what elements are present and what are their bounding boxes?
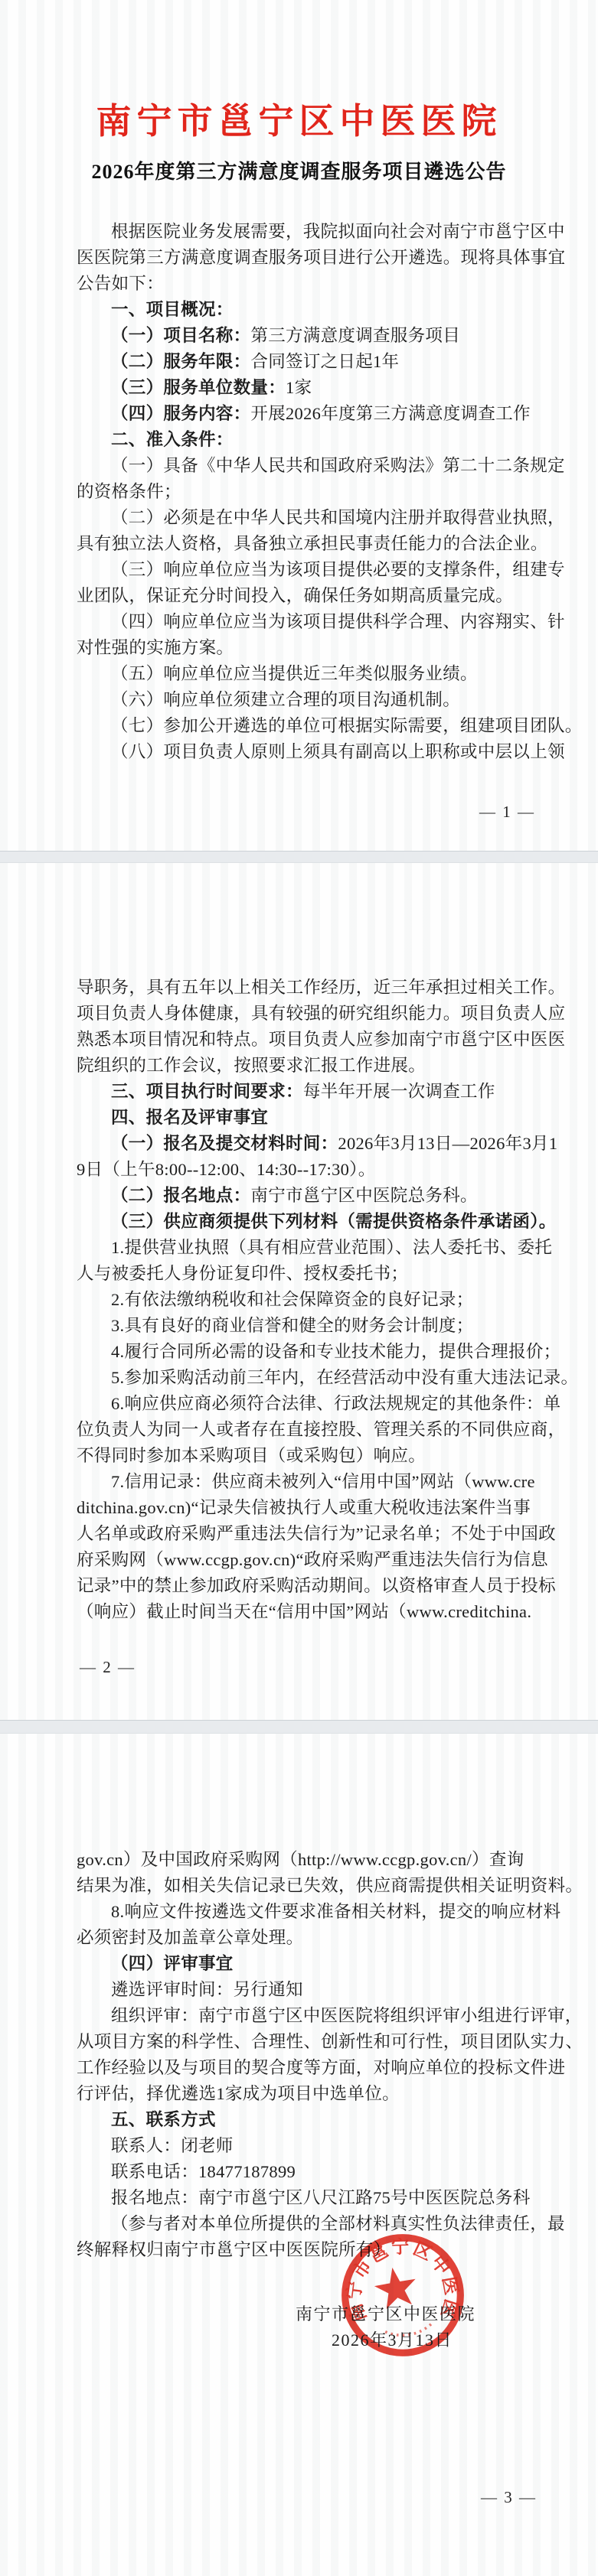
line-text: 项目负责人身体健康，具有较强的研究组织能力。项目负责人应 [77,1004,565,1023]
body-line: 3.具有良好的商业信誉和健全的财务会计制度； [0,1313,598,1339]
line-text: （二）必须是在中华人民共和国境内注册并取得营业执照， [111,508,565,527]
body-line: 医医院第三方满意度调查服务项目进行公开遴选。现将具体事宜 [0,245,598,271]
line-text: 医医院第三方满意度调查服务项目进行公开遴选。现将具体事宜 [77,248,565,267]
body-line: 导职务，具有五年以上相关工作经历，近三年承担过相关工作。 [0,975,598,1001]
line-text: 1.提供营业执照（具有相应营业范围）、法人委托书、委托 [111,1238,552,1257]
body-line: 8.响应文件按遴选文件要求准备相关材料，提交的响应材料 [0,1899,598,1925]
line-text: 每半年开展一次调查工作 [303,1082,495,1101]
body-line: 从项目方案的科学性、合理性、创新性和可行性，项目团队实力、 [0,2029,598,2055]
page-1-body: 根据医院业务发展需要，我院拟面向社会对南宁市邕宁区中 医医院第三方满意度调查服务… [0,219,598,765]
line-text: 不得同时参加本采购项目（或采购包）响应。 [77,1446,426,1465]
section-heading: 一、项目概况： [0,297,598,323]
line-text: 从项目方案的科学性、合理性、创新性和可行性，项目团队实力、 [77,2032,583,2051]
line-text: 根据医院业务发展需要，我院拟面向社会对南宁市邕宁区中 [111,222,565,241]
line-text: 院组织的工作会议，按照要求汇报工作进展。 [77,1056,426,1075]
line-text: 位负责人为同一人或者存在直接控股、管理关系的不同供应商， [77,1420,565,1439]
section-heading: （四）评审事宜 [0,1951,598,1977]
body-line: 院组织的工作会议，按照要求汇报工作进展。 [0,1053,598,1079]
body-line: 1.提供营业执照（具有相应营业范围）、法人委托书、委托 [0,1235,598,1261]
body-line: 公告如下： [0,271,598,297]
body-line: 行评估，择优遴选1家成为项目中选单位。 [0,2081,598,2107]
line-label: （三）供应商须提供下列材料（需提供资格条件承诺函）。 [111,1212,557,1231]
line-text: （一）具备《中华人民共和国政府采购法》第二十二条规定 [111,456,565,475]
body-line: （响应）截止时间当天在“信用中国”网站（www.creditchina. [0,1599,598,1625]
body-line: 7.信用记录：供应商未被列入“信用中国”网站（www.cre [0,1469,598,1495]
line-text: 的资格条件； [77,482,181,501]
line-text: 2026年3月13日—2026年3月1 [338,1134,557,1153]
line-text: 对性强的实施方案。 [77,638,234,657]
line-text: 4.履行合同所必需的设备和专业技术能力，提供合理报价； [111,1342,560,1361]
line-text: 7.信用记录：供应商未被列入“信用中国”网站（www.cre [111,1472,535,1491]
body-line: （一）项目名称：第三方满意度调查服务项目 [0,323,598,349]
page-number: — 1 — [0,799,598,825]
body-line: （八）项目负责人原则上须具有副高以上职称或中层以上领 [0,739,598,765]
body-line: 具有独立法人资格，具备独立承担民事责任能力的合法企业。 [0,531,598,557]
line-text: 3.具有良好的商业信誉和健全的财务会计制度； [111,1316,473,1335]
body-line: 5.参加采购活动前三年内，在经营活动中没有重大违法记录。 [0,1365,598,1391]
line-text: 府采购网（www.ccgp.gov.cn)“政府采购严重违法失信行为信息 [77,1550,548,1569]
hospital-title: 南宁市邕宁区中医医院 [0,101,598,142]
line-text: 报名地点：南宁市邕宁区八尺江路75号中医医院总务科 [111,2188,531,2207]
body-line: 对性强的实施方案。 [0,635,598,661]
line-text: 遴选评审时间：另行通知 [111,1980,303,1999]
line-label: 四、报名及评审事宜 [111,1108,268,1127]
line-label: （二）服务年限： [111,352,250,371]
line-text: 2.有依法缴纳税收和社会保障资金的良好记录； [111,1290,473,1309]
body-line: 报名地点：南宁市邕宁区八尺江路75号中医医院总务科 [0,2185,598,2211]
body-line: （三）供应商须提供下列材料（需提供资格条件承诺函）。 [0,1209,598,1235]
announcement-subtitle: 2026年度第三方满意度调查服务项目遴选公告 [0,159,598,185]
body-line: 根据医院业务发展需要，我院拟面向社会对南宁市邕宁区中 [0,219,598,245]
body-line: 项目负责人身体健康，具有较强的研究组织能力。项目负责人应 [0,1001,598,1027]
page-separator [0,1720,598,1734]
line-text: （八）项目负责人原则上须具有副高以上职称或中层以上领 [111,742,565,761]
line-text: （六）响应单位须建立合理的项目沟通机制。 [111,690,460,709]
signature-block: 南宁市邕宁区中医医院 2026年3月13日 [0,2301,598,2353]
line-label: 二、准入条件： [111,430,234,449]
section-heading: 二、准入条件： [0,427,598,453]
body-line: 联系电话：18477187899 [0,2159,598,2185]
body-line: 6.响应供应商必须符合法律、行政法规规定的其他条件：单 [0,1391,598,1417]
line-text: 9日（上午8:00--12:00、14:30--17:30）。 [77,1160,376,1179]
body-line: 结果为准，如相关失信记录已失效，供应商需提供相关证明资料。 [0,1873,598,1899]
sign-date: 2026年3月13日 [0,2327,475,2353]
body-line: 不得同时参加本采购项目（或采购包）响应。 [0,1443,598,1469]
line-text: 8.响应文件按遴选文件要求准备相关材料，提交的响应材料 [111,1902,560,1921]
line-text: 6.响应供应商必须符合法律、行政法规规定的其他条件：单 [111,1394,560,1413]
section-heading: 五、联系方式 [0,2107,598,2133]
line-text: 合同签订之日起1年 [250,352,399,371]
announcement-document: 南宁市邕宁区中医医院 2026年度第三方满意度调查服务项目遴选公告 根据医院业务… [0,0,598,2576]
page-number: — 2 — [0,1654,598,1680]
body-line: （二）必须是在中华人民共和国境内注册并取得营业执照， [0,505,598,531]
body-line: 必须密封及加盖章公章处理。 [0,1925,598,1951]
body-line: ditchina.gov.cn)“记录失信被执行人或重大税收违法案件当事 [0,1495,598,1521]
body-line: 9日（上午8:00--12:00、14:30--17:30）。 [0,1157,598,1183]
line-text: 南宁市邕宁区中医院总务科。 [250,1186,477,1205]
line-text: ditchina.gov.cn)“记录失信被执行人或重大税收违法案件当事 [77,1498,531,1517]
body-line: （七）参加公开遴选的单位可根据实际需要，组建项目团队。 [0,713,598,739]
line-text: 人与被委托人身份证复印件、授权委托书； [77,1264,408,1283]
line-label: （四）服务内容： [111,404,250,423]
line-text: 组织评审：南宁市邕宁区中医医院将组织评审小组进行评审， [111,2006,583,2025]
line-text: 第三方满意度调查服务项目 [250,326,460,345]
body-line: （四）响应单位应当为该项目提供科学合理、内容翔实、针 [0,609,598,635]
body-line: 4.履行合同所必需的设备和专业技术能力，提供合理报价； [0,1339,598,1365]
section-heading: 三、项目执行时间要求：每半年开展一次调查工作 [0,1079,598,1105]
body-line: （二）服务年限：合同签订之日起1年 [0,349,598,375]
body-line: 工作经验以及与项目的契合度等方面，对响应单位的投标文件进 [0,2055,598,2081]
body-line: （五）响应单位应当提供近三年类似服务业绩。 [0,661,598,687]
line-text: 熟悉本项目情况和特点。项目负责人应参加南宁市邕宁区中医医 [77,1030,565,1049]
line-text: （响应）截止时间当天在“信用中国”网站（www.creditchina. [77,1602,531,1621]
line-text: （参与者对本单位所提供的全部材料真实性负法律责任，最 [111,2214,565,2233]
line-label: （二）报名地点： [111,1186,250,1205]
line-text: 联系人：闭老师 [111,2136,234,2155]
body-line: （二）报名地点：南宁市邕宁区中医院总务科。 [0,1183,598,1209]
line-text: 开展2026年度第三方满意度调查工作 [250,404,530,423]
line-text: 联系电话：18477187899 [111,2162,296,2181]
page-2-body: 导职务，具有五年以上相关工作经历，近三年承担过相关工作。 项目负责人身体健康，具… [0,975,598,1625]
body-line: 府采购网（www.ccgp.gov.cn)“政府采购严重违法失信行为信息 [0,1547,598,1573]
page-1: 南宁市邕宁区中医医院 2026年度第三方满意度调查服务项目遴选公告 根据医院业务… [0,0,598,851]
body-line: （三）服务单位数量：1家 [0,375,598,401]
body-line: 人名单或政府采购严重违法失信行为”记录名单；不处于中国政 [0,1521,598,1547]
body-line: 2.有依法缴纳税收和社会保障资金的良好记录； [0,1287,598,1313]
body-line: 业团队，保证充分时间投入，确保任务如期高质量完成。 [0,583,598,609]
body-line: 人与被委托人身份证复印件、授权委托书； [0,1261,598,1287]
body-line: 熟悉本项目情况和特点。项目负责人应参加南宁市邕宁区中医医 [0,1027,598,1053]
line-text: 人名单或政府采购严重违法失信行为”记录名单；不处于中国政 [77,1524,556,1543]
line-label: （三）服务单位数量： [111,378,286,397]
body-line: （四）服务内容：开展2026年度第三方满意度调查工作 [0,401,598,427]
org-signature: 南宁市邕宁区中医医院 [0,2301,475,2327]
page-3: gov.cn）及中国政府采购网（http://www.ccgp.gov.cn/）… [0,1734,598,2576]
body-line: 组织评审：南宁市邕宁区中医医院将组织评审小组进行评审， [0,2003,598,2029]
page-2: 导职务，具有五年以上相关工作经历，近三年承担过相关工作。 项目负责人身体健康，具… [0,863,598,1720]
body-line: gov.cn）及中国政府采购网（http://www.ccgp.gov.cn/）… [0,1847,598,1873]
body-line: （一）报名及提交材料时间：2026年3月13日—2026年3月1 [0,1131,598,1157]
body-line: 遴选评审时间：另行通知 [0,1977,598,2003]
body-line: 位负责人为同一人或者存在直接控股、管理关系的不同供应商， [0,1417,598,1443]
line-text: 1家 [286,378,312,397]
body-line: （六）响应单位须建立合理的项目沟通机制。 [0,687,598,713]
body-line: （参与者对本单位所提供的全部材料真实性负法律责任，最 [0,2211,598,2237]
line-text: 行评估，择优遴选1家成为项目中选单位。 [77,2084,400,2103]
line-text: 记录”中的禁止参加政府采购活动期间。以资格审查人员于投标 [77,1576,556,1595]
body-line: 的资格条件； [0,479,598,505]
line-label: 一、项目概况： [111,300,234,319]
line-label: 三、项目执行时间要求： [111,1082,303,1101]
line-label: （四）评审事宜 [111,1954,234,1973]
line-text: （四）响应单位应当为该项目提供科学合理、内容翔实、针 [111,612,565,631]
body-line: 记录”中的禁止参加政府采购活动期间。以资格审查人员于投标 [0,1573,598,1599]
body-line: 终解释权归南宁市邕宁区中医医院所有） [0,2237,598,2263]
line-text: 公告如下： [77,274,164,293]
section-heading: 四、报名及评审事宜 [0,1105,598,1131]
page-separator [0,851,598,863]
line-label: （一）报名及提交材料时间： [111,1134,338,1153]
line-text: （五）响应单位应当提供近三年类似服务业绩。 [111,664,478,683]
line-text: 工作经验以及与项目的契合度等方面，对响应单位的投标文件进 [77,2058,565,2077]
line-label: （一）项目名称： [111,326,250,345]
line-text: （三）响应单位应当为该项目提供必要的支撑条件，组建专 [111,560,565,579]
line-text: （七）参加公开遴选的单位可根据实际需要，组建项目团队。 [111,716,583,735]
line-text: 必须密封及加盖章公章处理。 [77,1928,303,1947]
body-line: （一）具备《中华人民共和国政府采购法》第二十二条规定 [0,453,598,479]
line-label: 五、联系方式 [111,2110,216,2129]
line-text: 业团队，保证充分时间投入，确保任务如期高质量完成。 [77,586,513,605]
line-text: 5.参加采购活动前三年内，在经营活动中没有重大违法记录。 [111,1368,578,1387]
page-number: — 3 — [0,2484,598,2510]
line-text: 结果为准，如相关失信记录已失效，供应商需提供相关证明资料。 [77,1876,583,1895]
page-3-body: gov.cn）及中国政府采购网（http://www.ccgp.gov.cn/）… [0,1847,598,2263]
body-line: （三）响应单位应当为该项目提供必要的支撑条件，组建专 [0,557,598,583]
line-text: 导职务，具有五年以上相关工作经历，近三年承担过相关工作。 [77,978,565,997]
body-line: 联系人：闭老师 [0,2133,598,2159]
line-text: gov.cn）及中国政府采购网（http://www.ccgp.gov.cn/）… [77,1850,524,1869]
line-text: 具有独立法人资格，具备独立承担民事责任能力的合法企业。 [77,534,548,553]
